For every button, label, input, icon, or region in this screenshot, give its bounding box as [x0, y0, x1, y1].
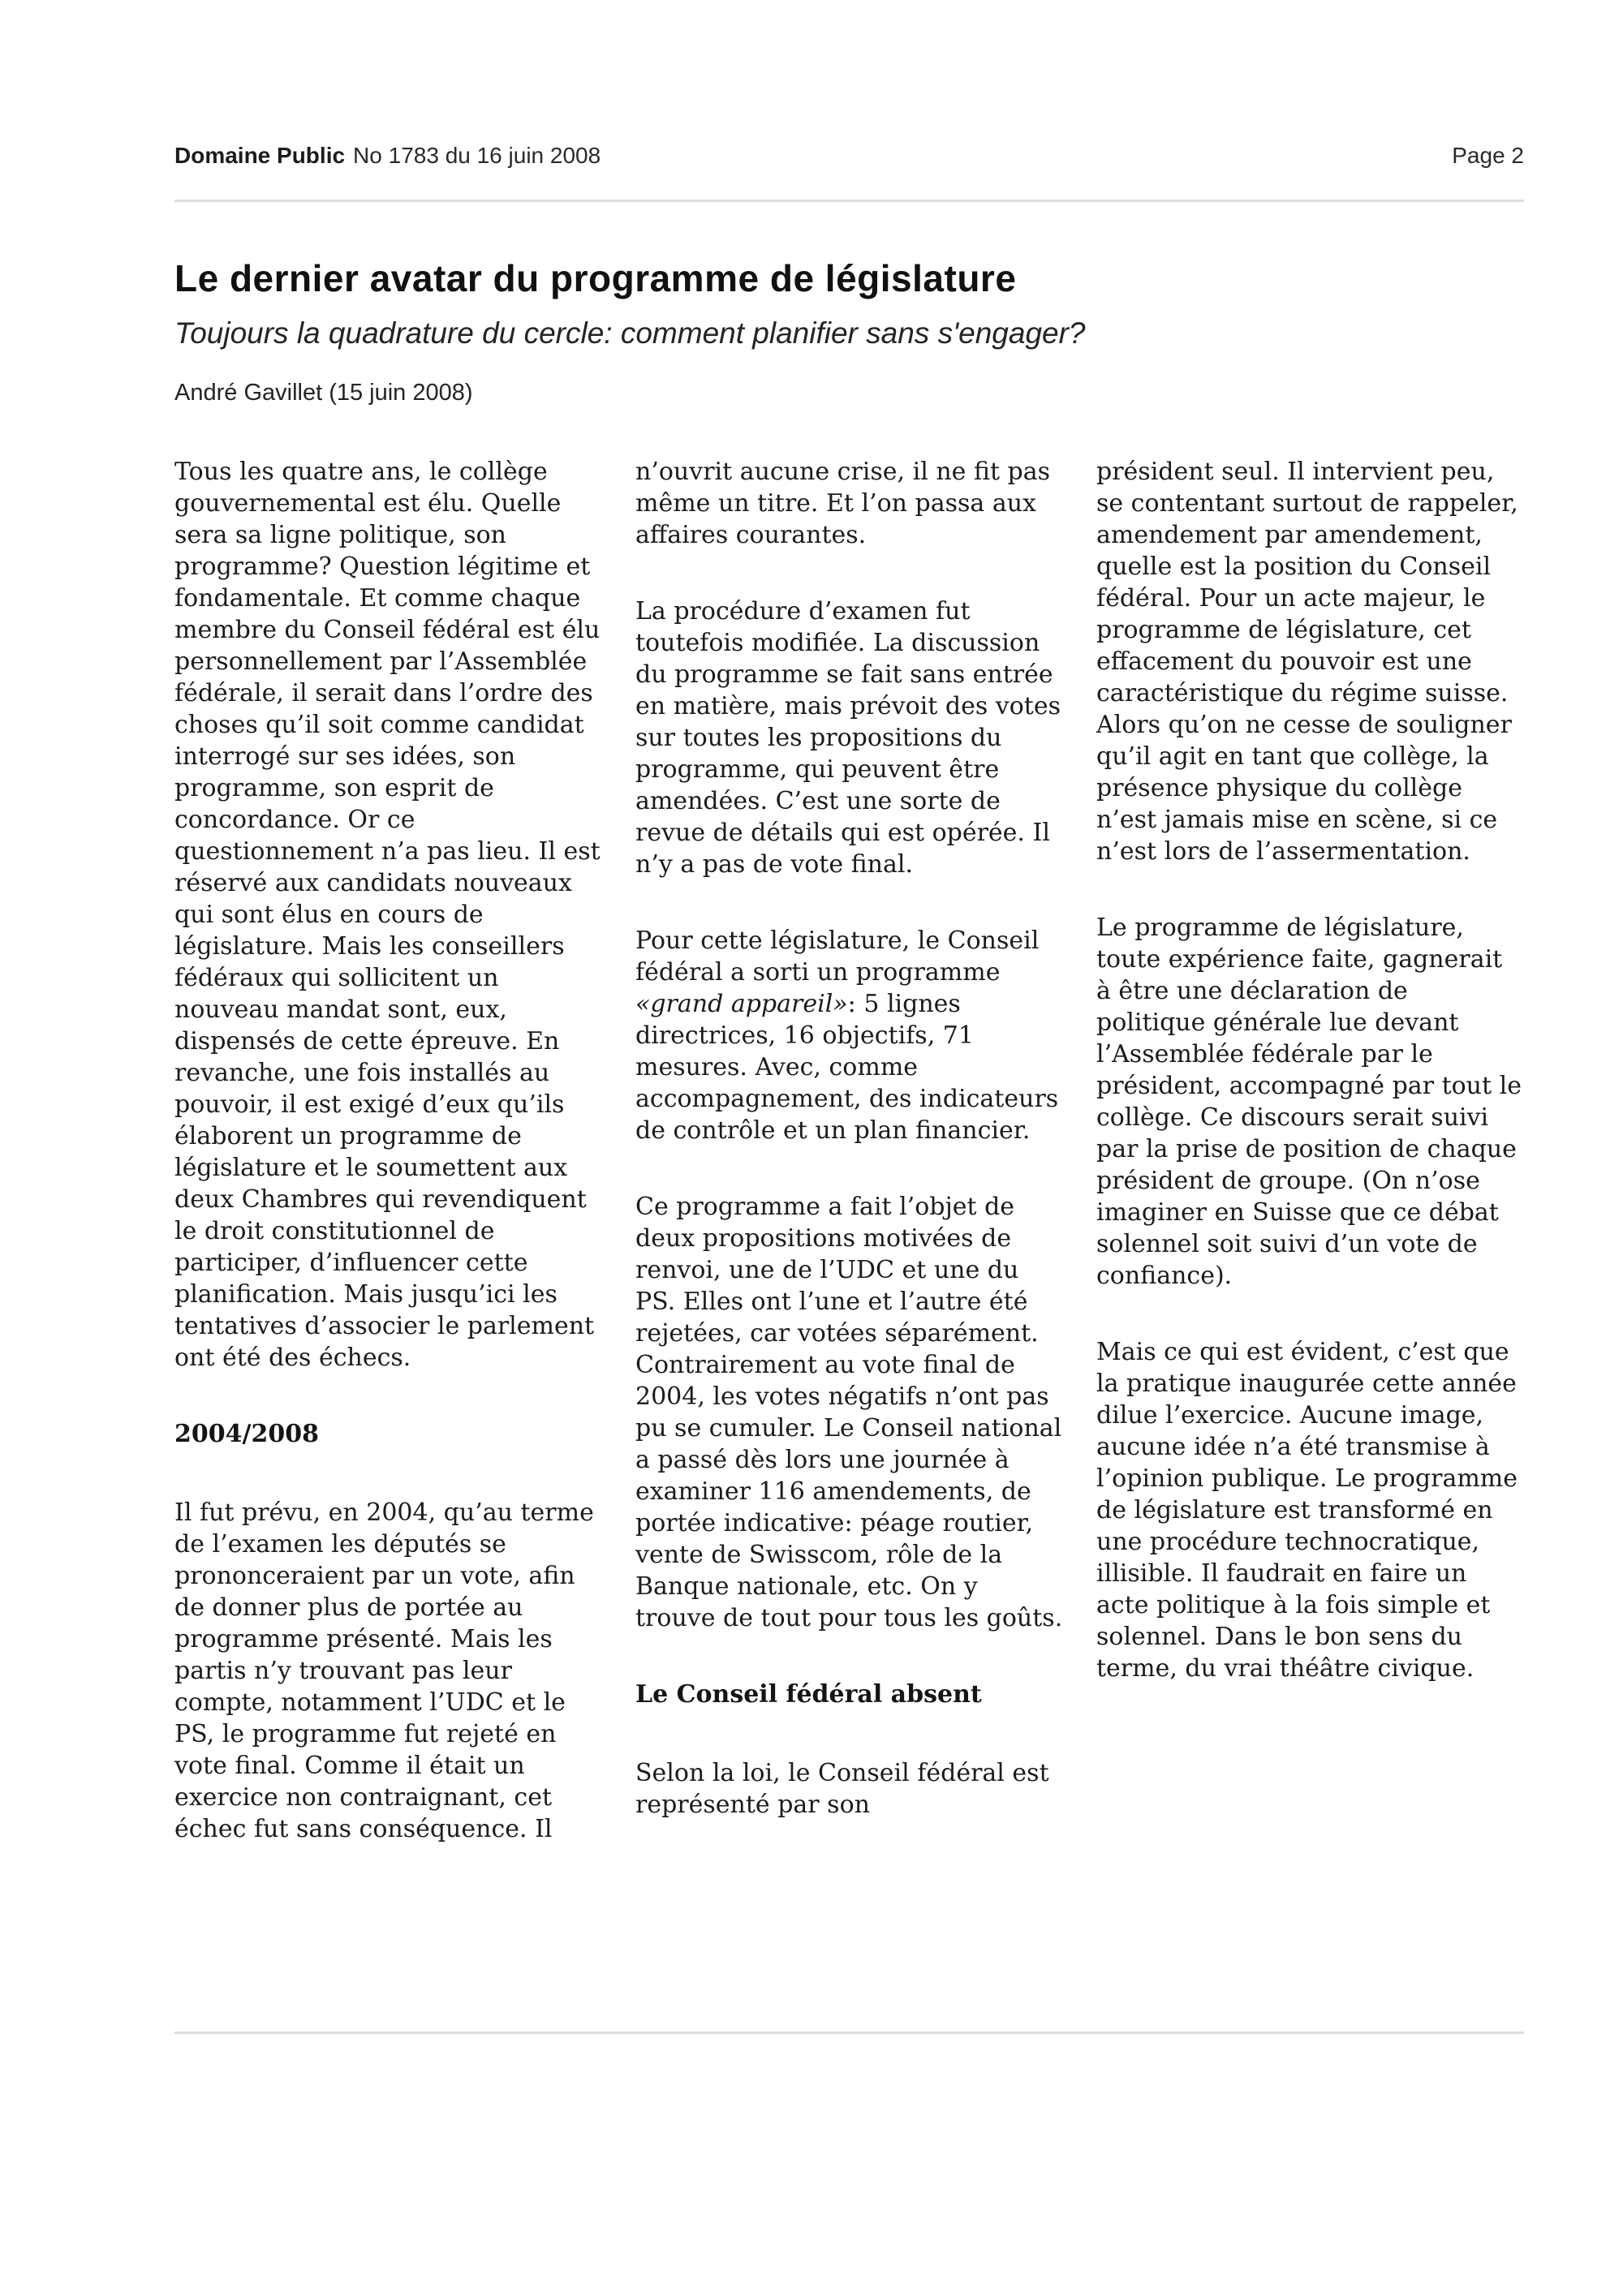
paragraph: Selon la loi, le Conseil fédéral est rep…	[635, 1757, 1063, 1821]
paragraph: Le programme de législature, toute expér…	[1096, 912, 1524, 1292]
document-page: Domaine PublicNo 1783 du 16 juin 2008 Pa…	[0, 0, 1623, 2296]
paragraph: Pour cette législature, le Conseil fédér…	[635, 925, 1063, 1146]
publication-name: Domaine Public	[174, 143, 345, 168]
paragraph: La procédure d’examen fut toutefois modi…	[635, 595, 1063, 880]
paragraph: Il fut prévu, en 2004, qu’au terme de l’…	[174, 1497, 602, 1845]
byline: André Gavillet (15 juin 2008)	[174, 380, 473, 406]
column-1: Tous les quatre ans, le collège gouverne…	[174, 456, 602, 1890]
paragraph: n’ouvrit aucune crise, il ne fit pas mêm…	[635, 456, 1063, 551]
footer-divider	[174, 2032, 1524, 2034]
paragraph: Ce programme a fait l’objet de deux prop…	[635, 1191, 1063, 1634]
section-heading: 2004/2008	[174, 1418, 602, 1450]
paragraph: président seul. Il intervient peu, se co…	[1096, 456, 1524, 867]
masthead-left: Domaine PublicNo 1783 du 16 juin 2008	[174, 143, 601, 169]
paragraph-text: Pour cette législature, le Conseil fédér…	[635, 927, 1039, 987]
header-divider	[174, 200, 1524, 202]
article-subtitle: Toujours la quadrature du cercle: commen…	[174, 316, 1086, 350]
italic-phrase: «grand appareil»	[635, 990, 848, 1018]
column-2: n’ouvrit aucune crise, il ne fit pas mêm…	[635, 456, 1063, 1890]
paragraph: Tous les quatre ans, le collège gouverne…	[174, 456, 602, 1374]
article-body: Tous les quatre ans, le collège gouverne…	[174, 456, 1524, 1890]
page-number: Page 2	[1452, 143, 1524, 169]
section-heading: Le Conseil fédéral absent	[635, 1679, 1063, 1710]
article-title: Le dernier avatar du programme de législ…	[174, 256, 1016, 300]
issue-info: No 1783 du 16 juin 2008	[353, 143, 601, 168]
column-3: président seul. Il intervient peu, se co…	[1096, 456, 1524, 1890]
page-header: Domaine PublicNo 1783 du 16 juin 2008 Pa…	[174, 143, 1524, 169]
paragraph: Mais ce qui est évident, c’est que la pr…	[1096, 1336, 1524, 1684]
